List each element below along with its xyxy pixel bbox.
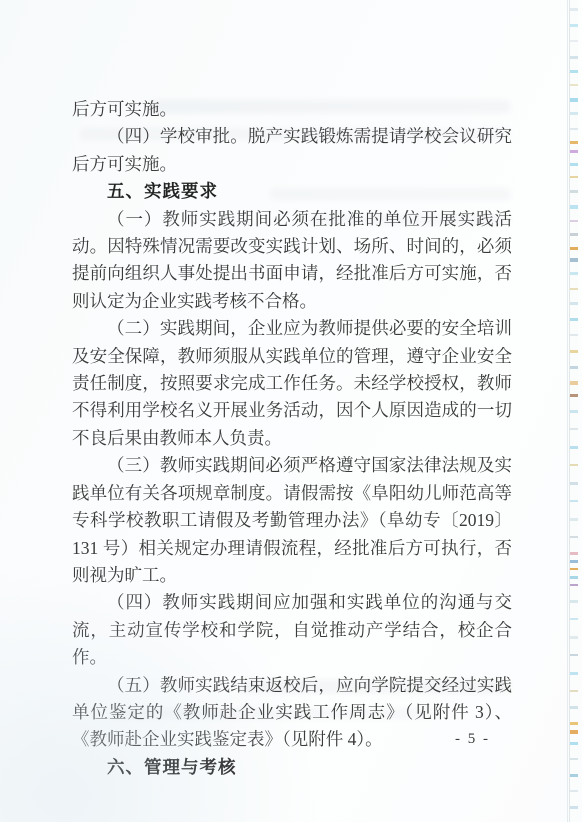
edge-color-band xyxy=(570,150,578,153)
edge-color-band xyxy=(570,730,578,734)
edge-color-band xyxy=(570,672,578,675)
section-heading: 六、管理与考核 xyxy=(72,754,512,781)
scanned-document-page: 后方可实施。（四）学校审批。脱产实践锻炼需提请学校会议研究后方可实施。五、实践要… xyxy=(0,0,582,822)
edge-color-band xyxy=(570,40,578,42)
document-body: 后方可实施。（四）学校审批。脱产实践锻炼需提请学校会议研究后方可实施。五、实践要… xyxy=(72,96,512,781)
edge-color-band xyxy=(570,618,578,620)
edge-color-band xyxy=(570,302,578,305)
edge-color-band xyxy=(570,636,578,639)
edge-color-band xyxy=(570,233,578,236)
paragraph: （三）教师实践期间必须严格遵守国家法律法规及实践单位有关各项规章制度。请假需按《… xyxy=(72,452,512,589)
edge-color-band xyxy=(570,334,578,336)
edge-color-band xyxy=(570,141,578,144)
edge-color-band xyxy=(570,8,578,11)
edge-color-band xyxy=(570,190,578,193)
edge-color-band xyxy=(570,446,578,449)
paragraph: （二）实践期间，企业应为教师提供必要的安全培训及安全保障，教师须服从实践单位的管… xyxy=(72,315,512,452)
edge-color-band xyxy=(570,482,578,485)
edge-color-band xyxy=(570,56,578,59)
edge-color-band xyxy=(570,690,578,692)
edge-color-band xyxy=(570,806,578,809)
edge-color-band xyxy=(570,381,578,385)
edge-color-band xyxy=(570,654,578,656)
edge-color-band xyxy=(570,70,578,73)
edge-color-band xyxy=(570,790,578,792)
edge-color-band xyxy=(570,205,578,209)
edge-color-band xyxy=(570,350,578,353)
paragraph: （一）教师实践期间必须在批准的单位开展实践活动。因特殊情况需要改变实践计划、场所… xyxy=(72,206,512,316)
edge-color-band xyxy=(570,220,578,222)
paragraph: （四）教师实践期间应加强和实践单位的沟通与交流，主动宣传学校和学院，自觉推动产学… xyxy=(72,589,512,671)
edge-color-band xyxy=(570,560,578,563)
edge-color-band xyxy=(570,318,578,321)
edge-color-band xyxy=(570,774,578,777)
edge-color-band xyxy=(570,163,578,166)
edge-color-band xyxy=(570,706,578,709)
section-heading: 五、实践要求 xyxy=(72,178,512,205)
edge-color-band xyxy=(570,568,578,570)
paragraph: （五）教师实践结束返校后，应向学院提交经过实践单位鉴定的《教师赴企业实践工作周志… xyxy=(72,672,512,754)
paragraph: （四）学校审批。脱产实践锻炼需提请学校会议研究后方可实施。 xyxy=(72,123,512,178)
edge-color-band xyxy=(570,272,578,275)
edge-color-band xyxy=(570,428,578,430)
edge-color-band xyxy=(570,128,578,130)
edge-color-band xyxy=(570,464,578,466)
edge-color-band xyxy=(570,98,578,102)
book-fore-edge-strip xyxy=(569,0,578,822)
edge-color-band xyxy=(570,288,578,290)
edge-color-band xyxy=(570,758,578,760)
edge-color-band xyxy=(570,536,578,538)
edge-color-band xyxy=(570,24,578,27)
edge-color-band xyxy=(570,410,578,413)
edge-color-band xyxy=(570,247,578,250)
edge-color-band xyxy=(570,600,578,603)
edge-color-band xyxy=(570,176,578,178)
edge-color-band xyxy=(570,552,578,555)
edge-color-band xyxy=(570,112,578,115)
edge-color-band xyxy=(570,84,578,86)
edge-color-band xyxy=(570,742,578,745)
page-edge-line xyxy=(567,0,568,822)
edge-color-band xyxy=(570,394,578,397)
edge-color-band xyxy=(570,500,578,502)
edge-color-band xyxy=(570,584,578,586)
edge-color-band xyxy=(570,258,578,262)
edge-color-band xyxy=(570,518,578,521)
edge-color-band xyxy=(570,576,578,579)
edge-color-band xyxy=(570,366,578,369)
edge-color-band xyxy=(570,722,578,725)
paragraph: 后方可实施。 xyxy=(72,96,512,123)
page-number: - 5 - xyxy=(455,731,490,748)
